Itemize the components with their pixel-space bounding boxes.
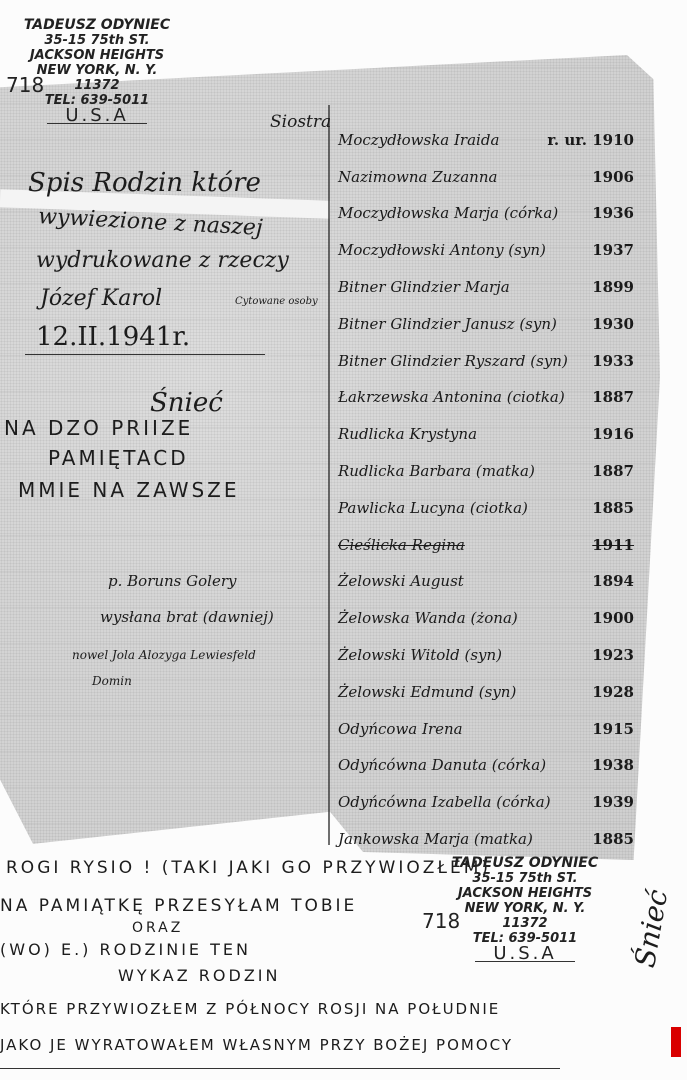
stamp-country: U.S.A — [47, 108, 146, 124]
bottom-line-2: NA PAMIĄTKĘ PRZESYŁAM TOBIE — [0, 896, 357, 916]
signature-left: Śnieć — [150, 388, 223, 418]
birth-year: 1899 — [592, 278, 638, 296]
bottom-line-1: ROGI RYSIO ! (TAKI JAKI GO PRZYWIOZŁEM) — [6, 858, 491, 878]
list-item: Cieślicka Regina1911 — [338, 517, 638, 554]
list-item: Moczydłowska Iraidar. ur. 1910 — [338, 112, 638, 149]
stamp-street: 35-15 75th ST. — [440, 871, 610, 886]
list-item: Pawlicka Lucyna (ciotka)1885 — [338, 480, 638, 517]
person-name: Bitner Glindzier Marja — [338, 278, 510, 296]
person-name: Łakrzewska Antonina (ciotka) — [338, 388, 565, 406]
birth-year: 1930 — [592, 315, 638, 333]
stamp-district: JACKSON HEIGHTS — [12, 48, 182, 63]
birth-year: r. ur. 1910 — [547, 131, 638, 149]
person-name: Żelowski August — [338, 572, 464, 590]
birth-year: 1900 — [592, 609, 638, 627]
person-name: Żelowska Wanda (żona) — [338, 609, 518, 627]
bottom-line-7: JAKO JE WYRATOWAŁEM WŁASNYM PRZY BOŻEJ P… — [0, 1036, 513, 1054]
person-name: Moczydłowska Marja (córka) — [338, 204, 558, 222]
note-title-line-1: Spis Rodzin które — [28, 168, 261, 198]
list-item: Odyńcówna Izabella (córka)1939 — [338, 774, 638, 811]
small-line-4: Domin — [92, 674, 132, 688]
person-name: Odyńcówna Izabella (córka) — [338, 793, 551, 811]
list-item: Bitner Glindzier Marja1899 — [338, 259, 638, 296]
list-item: Bitner Glindzier Ryszard (syn)1933 — [338, 333, 638, 370]
family-list: Moczydłowska Iraidar. ur. 1910Nazimowna … — [338, 112, 638, 848]
birth-year: 1923 — [592, 646, 638, 664]
caps-line-1: NA DZO PRIIZE — [4, 416, 193, 440]
bottom-line-3: ORAZ — [132, 920, 183, 936]
list-item: Żelowska Wanda (żona)1900 — [338, 590, 638, 627]
bottom-line-6: KTÓRE PRZYWIOZŁEM Z PÓŁNOCY ROSJI NA POŁ… — [0, 1000, 500, 1018]
birth-year: 1916 — [592, 425, 638, 443]
caps-line-2: PAMIĘTACD — [48, 446, 189, 470]
list-item: Rudlicka Krystyna1916 — [338, 406, 638, 443]
list-item: Żelowski August1894 — [338, 554, 638, 591]
column-divider — [328, 105, 330, 845]
birth-year: 1911 — [592, 536, 638, 554]
person-name: Żelowski Witold (syn) — [338, 646, 502, 664]
stamp-area-code: 718 — [422, 914, 460, 929]
caps-line-3: MMIE NA ZAWSZE — [18, 478, 240, 502]
birth-year: 1887 — [592, 388, 638, 406]
person-name: Moczydłowska Iraida — [338, 131, 499, 149]
birth-year: 1928 — [592, 683, 638, 701]
birth-year: 1887 — [592, 462, 638, 480]
bottom-line-5: WYKAZ RODZIN — [118, 966, 280, 985]
stamp-area-code: 718 — [6, 78, 44, 93]
stamp-street: 35-15 75th ST. — [12, 33, 182, 48]
list-item: Łakrzewska Antonina (ciotka)1887 — [338, 370, 638, 407]
list-item: Żelowski Witold (syn)1923 — [338, 627, 638, 664]
birth-year: 1936 — [592, 204, 638, 222]
list-item: Jankowska Marja (matka)1885 — [338, 811, 638, 848]
list-item: Moczydłowska Marja (córka)1936 — [338, 186, 638, 223]
stamp-name: TADEUSZ ODYNIEC — [12, 18, 182, 33]
address-stamp-top: TADEUSZ ODYNIEC 35-15 75th ST. JACKSON H… — [12, 18, 182, 125]
signature-bottom: Śnieć — [628, 887, 674, 970]
person-name: Odyńcowa Irena — [338, 720, 463, 738]
person-name: Bitner Glindzier Janusz (syn) — [338, 315, 557, 333]
birth-year: 1894 — [592, 572, 638, 590]
note-title-line-4: Józef Karol — [40, 286, 162, 311]
person-name: Pawlicka Lucyna (ciotka) — [338, 499, 528, 517]
person-name: Moczydłowski Antony (syn) — [338, 241, 546, 259]
birth-year: 1915 — [592, 720, 638, 738]
small-line-1: p. Boruns Golery — [108, 572, 236, 590]
list-item: Odyńcówna Danuta (córka)1938 — [338, 738, 638, 775]
red-marker — [671, 1027, 681, 1057]
list-item: Moczydłowski Antony (syn)1937 — [338, 222, 638, 259]
stamp-name: TADEUSZ ODYNIEC — [440, 856, 610, 871]
note-date: 12.II.1941r. — [36, 322, 190, 352]
bottom-edge-line — [0, 1068, 560, 1069]
birth-year: 1933 — [592, 352, 638, 370]
person-name: Bitner Glindzier Ryszard (syn) — [338, 352, 568, 370]
stamp-country: U.S.A — [475, 946, 574, 962]
label-sister: Siostra — [270, 112, 331, 132]
address-stamp-bottom: TADEUSZ ODYNIEC 35-15 75th ST. JACKSON H… — [440, 856, 610, 963]
note-title-line-3: wydrukowane z rzeczy — [36, 248, 289, 273]
birth-year: 1937 — [592, 241, 638, 259]
underline — [25, 354, 265, 355]
birth-year: 1885 — [592, 499, 638, 517]
list-item: Rudlicka Barbara (matka)1887 — [338, 443, 638, 480]
birth-year: 1885 — [592, 830, 638, 848]
list-item: Odyńcowa Irena1915 — [338, 701, 638, 738]
person-name: Rudlicka Barbara (matka) — [338, 462, 535, 480]
person-name: Nazimowna Zuzanna — [338, 168, 497, 186]
note-side: Cytowane osoby — [235, 296, 318, 307]
person-name: Jankowska Marja (matka) — [338, 830, 533, 848]
person-name: Odyńcówna Danuta (córka) — [338, 756, 546, 774]
person-name: Rudlicka Krystyna — [338, 425, 477, 443]
bottom-line-4: (WO) E.) RODZINIE TEN — [0, 940, 251, 959]
small-line-2: wysłana brat (dawniej) — [100, 608, 274, 626]
birth-year: 1938 — [592, 756, 638, 774]
list-item: Żelowski Edmund (syn)1928 — [338, 664, 638, 701]
stamp-district: JACKSON HEIGHTS — [440, 886, 610, 901]
person-name: Żelowski Edmund (syn) — [338, 683, 516, 701]
small-line-3: nowel Jola Alozyga Lewiesfeld — [72, 648, 256, 662]
list-item: Bitner Glindzier Janusz (syn)1930 — [338, 296, 638, 333]
birth-year: 1906 — [592, 168, 638, 186]
stamp-city: NEW YORK, N. Y. 11372 — [440, 901, 610, 931]
birth-year: 1939 — [592, 793, 638, 811]
list-item: Nazimowna Zuzanna1906 — [338, 149, 638, 186]
person-name: Cieślicka Regina — [338, 536, 465, 554]
